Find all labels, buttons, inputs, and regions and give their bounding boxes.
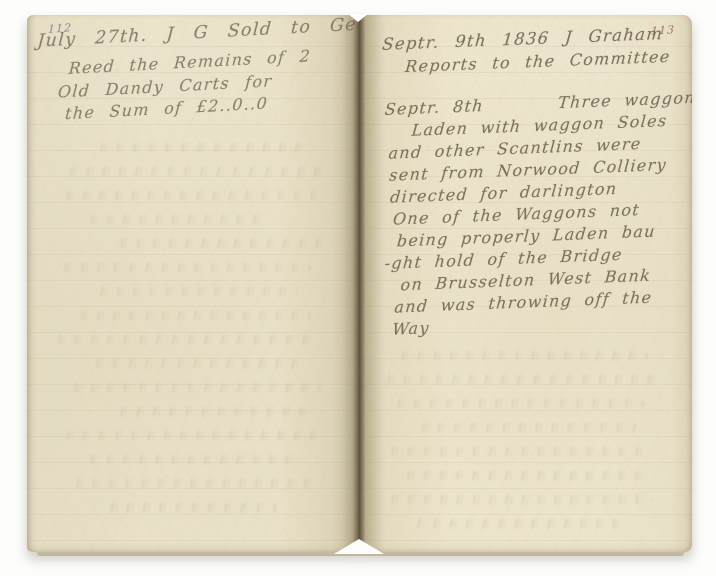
left-page: 112 July 27th. J G Sold to GeorgeReed th…: [27, 15, 358, 552]
manuscript-photo: 112 July 27th. J G Sold to GeorgeReed th…: [0, 0, 716, 576]
manuscript-line: Way: [392, 318, 431, 339]
open-book: 112 July 27th. J G Sold to GeorgeReed th…: [27, 15, 692, 552]
manuscript-line: Reed the Remains of 2: [68, 46, 312, 78]
right-entry: Septr. 9th 1836 J GrahamReports to the C…: [358, 15, 692, 552]
left-entry: July 27th. J G Sold to GeorgeReed the Re…: [27, 15, 358, 552]
spine-notch-top: [348, 14, 368, 22]
spine-notch-bottom: [334, 539, 384, 554]
right-page: 113 Septr. 9th 1836 J GrahamReports to t…: [358, 15, 692, 552]
